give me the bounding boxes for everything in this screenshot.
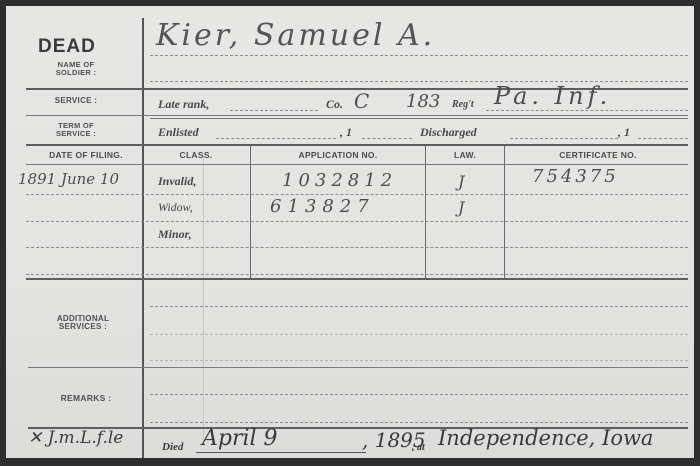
rule-under-headers [26,164,688,165]
remarks-dotted-1 [150,394,688,395]
col-divider-class-app [250,146,251,278]
regiment-value: 183 [406,91,440,112]
enlisted-label: Enlisted [158,125,199,140]
dead-stamp: DEAD [38,36,96,58]
scan-frame: DEAD NAME OF SOLDIER : Kier, Samuel A. S… [0,0,700,466]
company-label: Co. [326,97,343,112]
additional-dotted-3 [150,360,688,361]
header-law: LAW. [428,150,502,160]
remarks-label: REMARKS : [46,394,126,403]
company-value: C [354,89,369,113]
left-column-divider [142,18,144,458]
col-divider-law-cert [504,146,505,278]
service-dotted-rule [486,110,688,111]
additional-dotted-1 [150,306,688,307]
row1-certificate: 754375 [532,166,619,187]
header-application-no: APPLICATION NO. [254,150,422,160]
row3-dotted [26,247,688,248]
died-place: Independence, Iowa [438,426,653,450]
discharged-dots [510,138,618,139]
rule-after-service [26,115,688,116]
died-label: Died [162,441,183,453]
row1-application: 1032812 [282,170,397,191]
name-of-soldier-label-line2: SOLDIER : [46,69,106,77]
additional-services-label-line2: SERVICES : [38,323,128,331]
name-of-soldier-label: NAME OF SOLDIER : [46,61,106,77]
remarks-dotted-2 [150,422,688,423]
late-rank-dots [230,110,318,111]
discharged-label: Discharged [420,125,477,140]
additional-services-label: ADDITIONAL SERVICES : [38,315,128,332]
enlisted-dots [216,138,336,139]
row1-dotted [26,194,688,195]
enlisted-year-dots [362,138,412,139]
row3-class: Minor, [158,227,192,242]
enlisted-year: , 1 [340,125,352,140]
rule-after-service-2 [150,118,688,119]
soldier-name: Kier, Samuel A. [156,18,435,53]
additional-dotted-2 [150,334,688,335]
header-date-of-filing: DATE OF FILING. [34,150,138,160]
discharged-year: , 1 [618,125,630,140]
row2-dotted [26,221,688,222]
header-certificate-no: CERTIFICATE NO. [508,150,688,160]
at-label: , at [412,442,425,453]
row1-date: 1891 June 10 [18,170,119,188]
row2-class: Widow, [158,200,193,215]
row4-dotted [26,274,688,275]
name-dotted-rule [150,55,688,56]
rule-before-table [26,144,688,146]
died-date-underline [196,452,366,453]
row1-law: J [458,172,464,191]
regiment-label: Reg't [452,99,474,110]
row2-law: J [458,198,464,217]
header-class: CLASS. [146,150,246,160]
rule-after-table [26,278,688,280]
term-of-service-label-line2: SERVICE : [46,130,106,138]
pension-index-card: DEAD NAME OF SOLDIER : Kier, Samuel A. S… [6,6,694,458]
service-label: SERVICE : [46,97,106,105]
state-unit-value: Pa. Inf. [494,82,611,110]
term-of-service-label: TERM OF SERVICE : [46,122,106,138]
died-date: April 9 [202,426,278,451]
row1-class: Invalid, [158,174,196,189]
clerk-mark: ✕ J.m.L.f.le [28,428,123,448]
late-rank-label: Late rank, [158,97,209,112]
discharged-year-dots [638,138,688,139]
row2-application: 613827 [270,196,375,217]
faint-guide [203,156,204,446]
col-divider-app-law [425,146,426,278]
rule-after-additional [28,367,688,368]
